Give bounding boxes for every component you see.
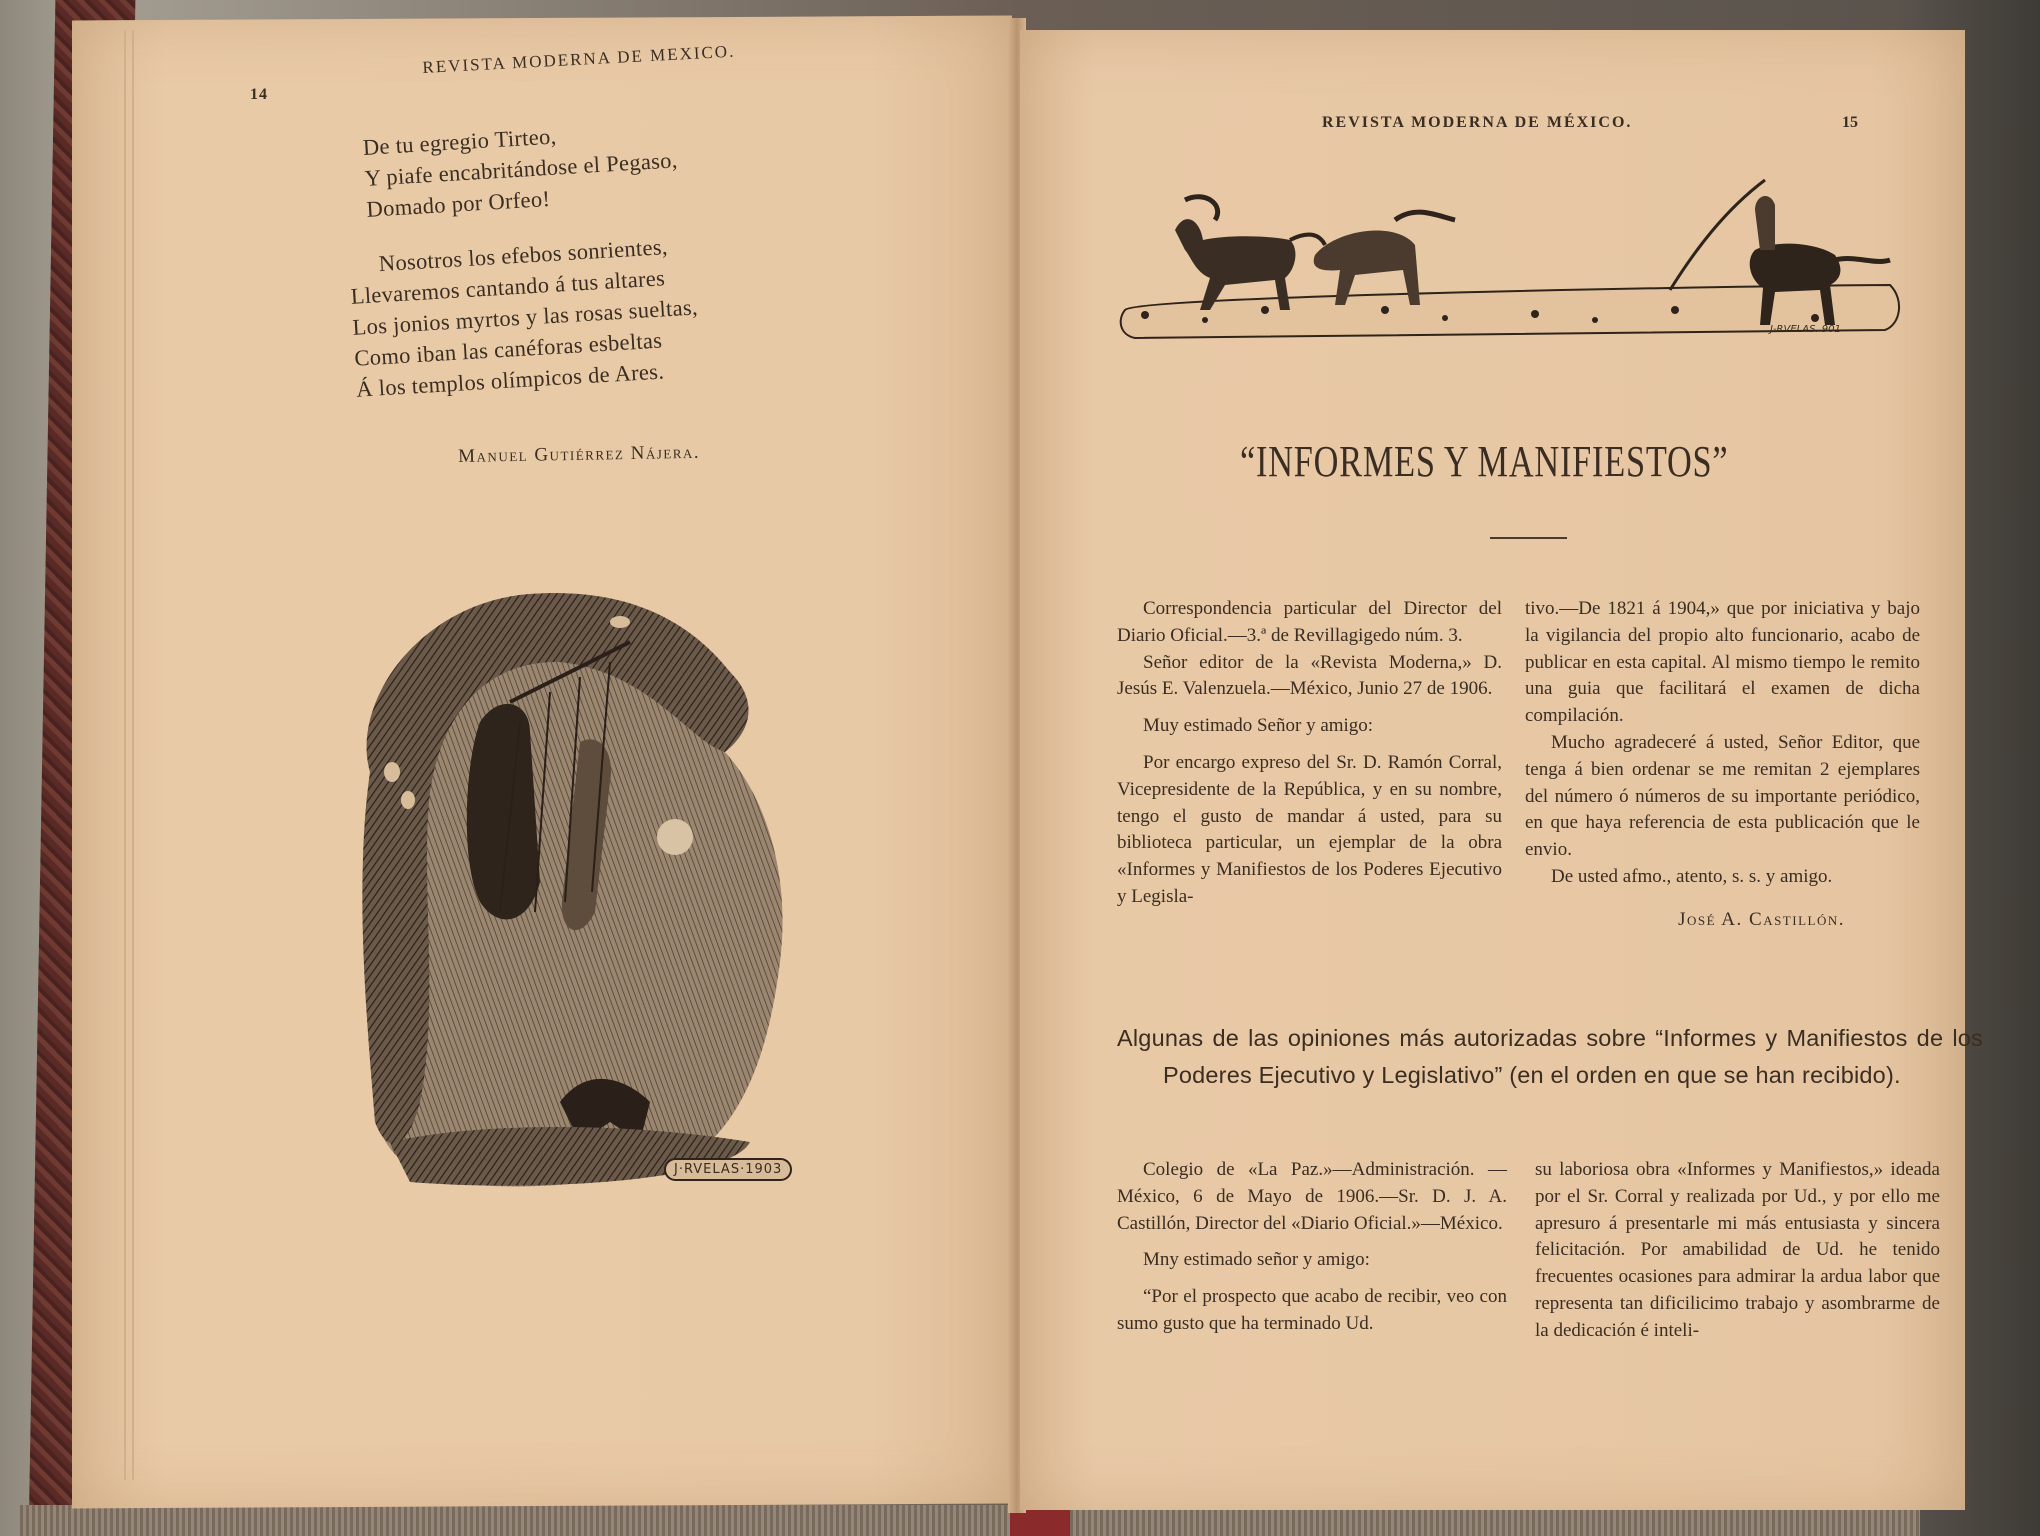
letter-2-column-2: su laboriosa obra «Informes y Manifiesto… xyxy=(1535,1157,1940,1345)
poem-stanza-2: Nosotros los efebos sonrientes, Llevarem… xyxy=(348,229,702,404)
letter-1-column-2: tivo.—De 1821 á 1904,» que por iniciativ… xyxy=(1525,596,1920,934)
paragraph: su laboriosa obra «Informes y Manifiesto… xyxy=(1535,1157,1940,1345)
letter-2-column-1: Colegio de «La Paz.»—Administración. —Mé… xyxy=(1117,1157,1507,1338)
paragraph: Colegio de «La Paz.»—Administración. —Mé… xyxy=(1117,1157,1507,1237)
salutation: Mny estimado señor y amigo: xyxy=(1117,1247,1507,1274)
book-cover-bottom-edge xyxy=(1010,1510,1070,1536)
centaur-frieze-illustration xyxy=(1115,160,1905,350)
right-running-head: REVISTA MODERNA DE MÉXICO. xyxy=(1322,114,1632,132)
letter-1-column-1: Correspondencia particular del Director … xyxy=(1117,596,1502,911)
paragraph: Correspondencia particular del Director … xyxy=(1117,596,1502,650)
illustration-signature: J·RVELAS·1903 xyxy=(664,1158,792,1181)
salutation: Muy estimado Señor y amigo: xyxy=(1117,713,1502,740)
paragraph: “Por el prospecto que acabo de recibir, … xyxy=(1117,1284,1507,1338)
poem-author: Manuel Gutiérrez Nájera. xyxy=(458,442,700,468)
right-page-number: 15 xyxy=(1842,114,1858,132)
paragraph: Señor editor de la «Revista Moderna,» D.… xyxy=(1117,650,1502,704)
article-title: “INFORMES Y MANIFIESTOS” xyxy=(1240,436,1728,487)
closing: De usted afmo., atento, s. s. y amigo. xyxy=(1525,864,1920,891)
lyre-engraving-illustration xyxy=(330,582,800,1214)
frieze-image xyxy=(1115,160,1905,350)
frieze-signature: J-RVELAS. 901 xyxy=(1770,324,1841,335)
title-rule-divider xyxy=(1490,537,1567,539)
paragraph: Por encargo expreso del Sr. D. Ramón Cor… xyxy=(1117,750,1502,911)
engraving-image xyxy=(330,582,800,1214)
letter-signature: José A. Castillón. xyxy=(1525,907,1920,934)
paragraph: tivo.—De 1821 á 1904,» que por iniciativ… xyxy=(1525,596,1920,730)
poem-stanza-1: De tu egregio Tirteo, Y piafe encabritán… xyxy=(362,113,680,224)
left-page-number: 14 xyxy=(250,86,268,104)
section-heading: Algunas de las opiniones más autorizadas… xyxy=(1117,1020,1983,1094)
paragraph: Mucho agradeceré á usted, Señor Editor, … xyxy=(1525,730,1920,864)
